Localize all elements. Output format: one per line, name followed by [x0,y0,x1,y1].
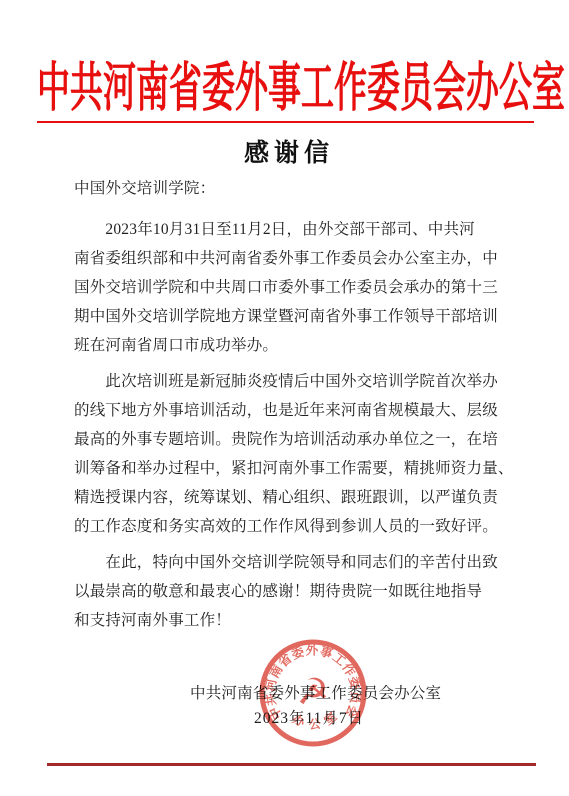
body-line: 以最崇高的敬意和最衷心的感谢！期待贵院一如既往地指导 [74,577,508,606]
body-line: 2023年10月31日至11月2日，由外交部干部司、中共河 [74,215,508,244]
body-line: 的工作态度和务实高效的工作作风得到参训人员的一致好评。 [74,512,508,541]
letter-page: 中共河南省委外事工作委员会办公室 感谢信 中国外交培训学院： 2023年10月3… [0,0,569,796]
body-line: 精选授课内容，统筹谋划、精心组织、跟班跟训，以严谨负责 [74,483,508,512]
party-emblem-icon: ☭ [297,672,329,713]
letter-body: 中国外交培训学院： 2023年10月31日至11月2日，由外交部干部司、中共河 … [74,174,508,635]
body-line: 在此，特向中国外交培训学院领导和同志们的辛苦付出致 [74,548,508,577]
body-line: 国外交培训学院和中共周口市委外事工作委员会承办的第十三 [74,273,508,302]
letterhead-rule [37,121,534,123]
body-line: 此次培训班是新冠肺炎疫情后中国外交培训学院首次举办 [74,367,508,396]
letter-title: 感谢信 [0,140,569,167]
paragraph-3: 在此，特向中国外交培训学院领导和同志们的辛苦付出致 以最崇高的敬意和最衷心的感谢… [74,548,508,635]
paragraph-1: 2023年10月31日至11月2日，由外交部干部司、中共河 南省委组织部和中共河… [74,215,508,360]
footer-rule [47,763,536,766]
body-line: 南省委组织部和中共河南省委外事工作委员会办公室主办，中 [74,244,508,273]
salutation: 中国外交培训学院： [74,174,508,203]
body-line: 和支持河南外事工作！ [74,606,508,635]
seal-graphic: 中共河南省委外事工作委员会 ☭ 办 公 室 [256,636,370,750]
body-line: 期中国外交培训学院地方课堂暨河南省外事工作领导干部培训 [74,302,508,331]
paragraph-2: 此次培训班是新冠肺炎疫情后中国外交培训学院首次举办 的线下地方外事培训活动，也是… [74,367,508,541]
body-line: 班在河南省周口市成功举办。 [74,331,508,360]
body-line: 的线下地方外事培训活动，也是近年来河南省规模最大、层级 [74,396,508,425]
official-seal: 中共河南省委外事工作委员会 ☭ 办 公 室 [256,636,370,750]
body-line: 最高的外事专题培训。贵院作为培训活动承办单位之一，在培 [74,425,508,454]
letterhead-org-name: 中共河南省委外事工作委员会办公室 [37,64,532,117]
body-line: 训筹备和举办过程中，紧扣河南外事工作需要，精挑师资力量、 [74,454,508,483]
